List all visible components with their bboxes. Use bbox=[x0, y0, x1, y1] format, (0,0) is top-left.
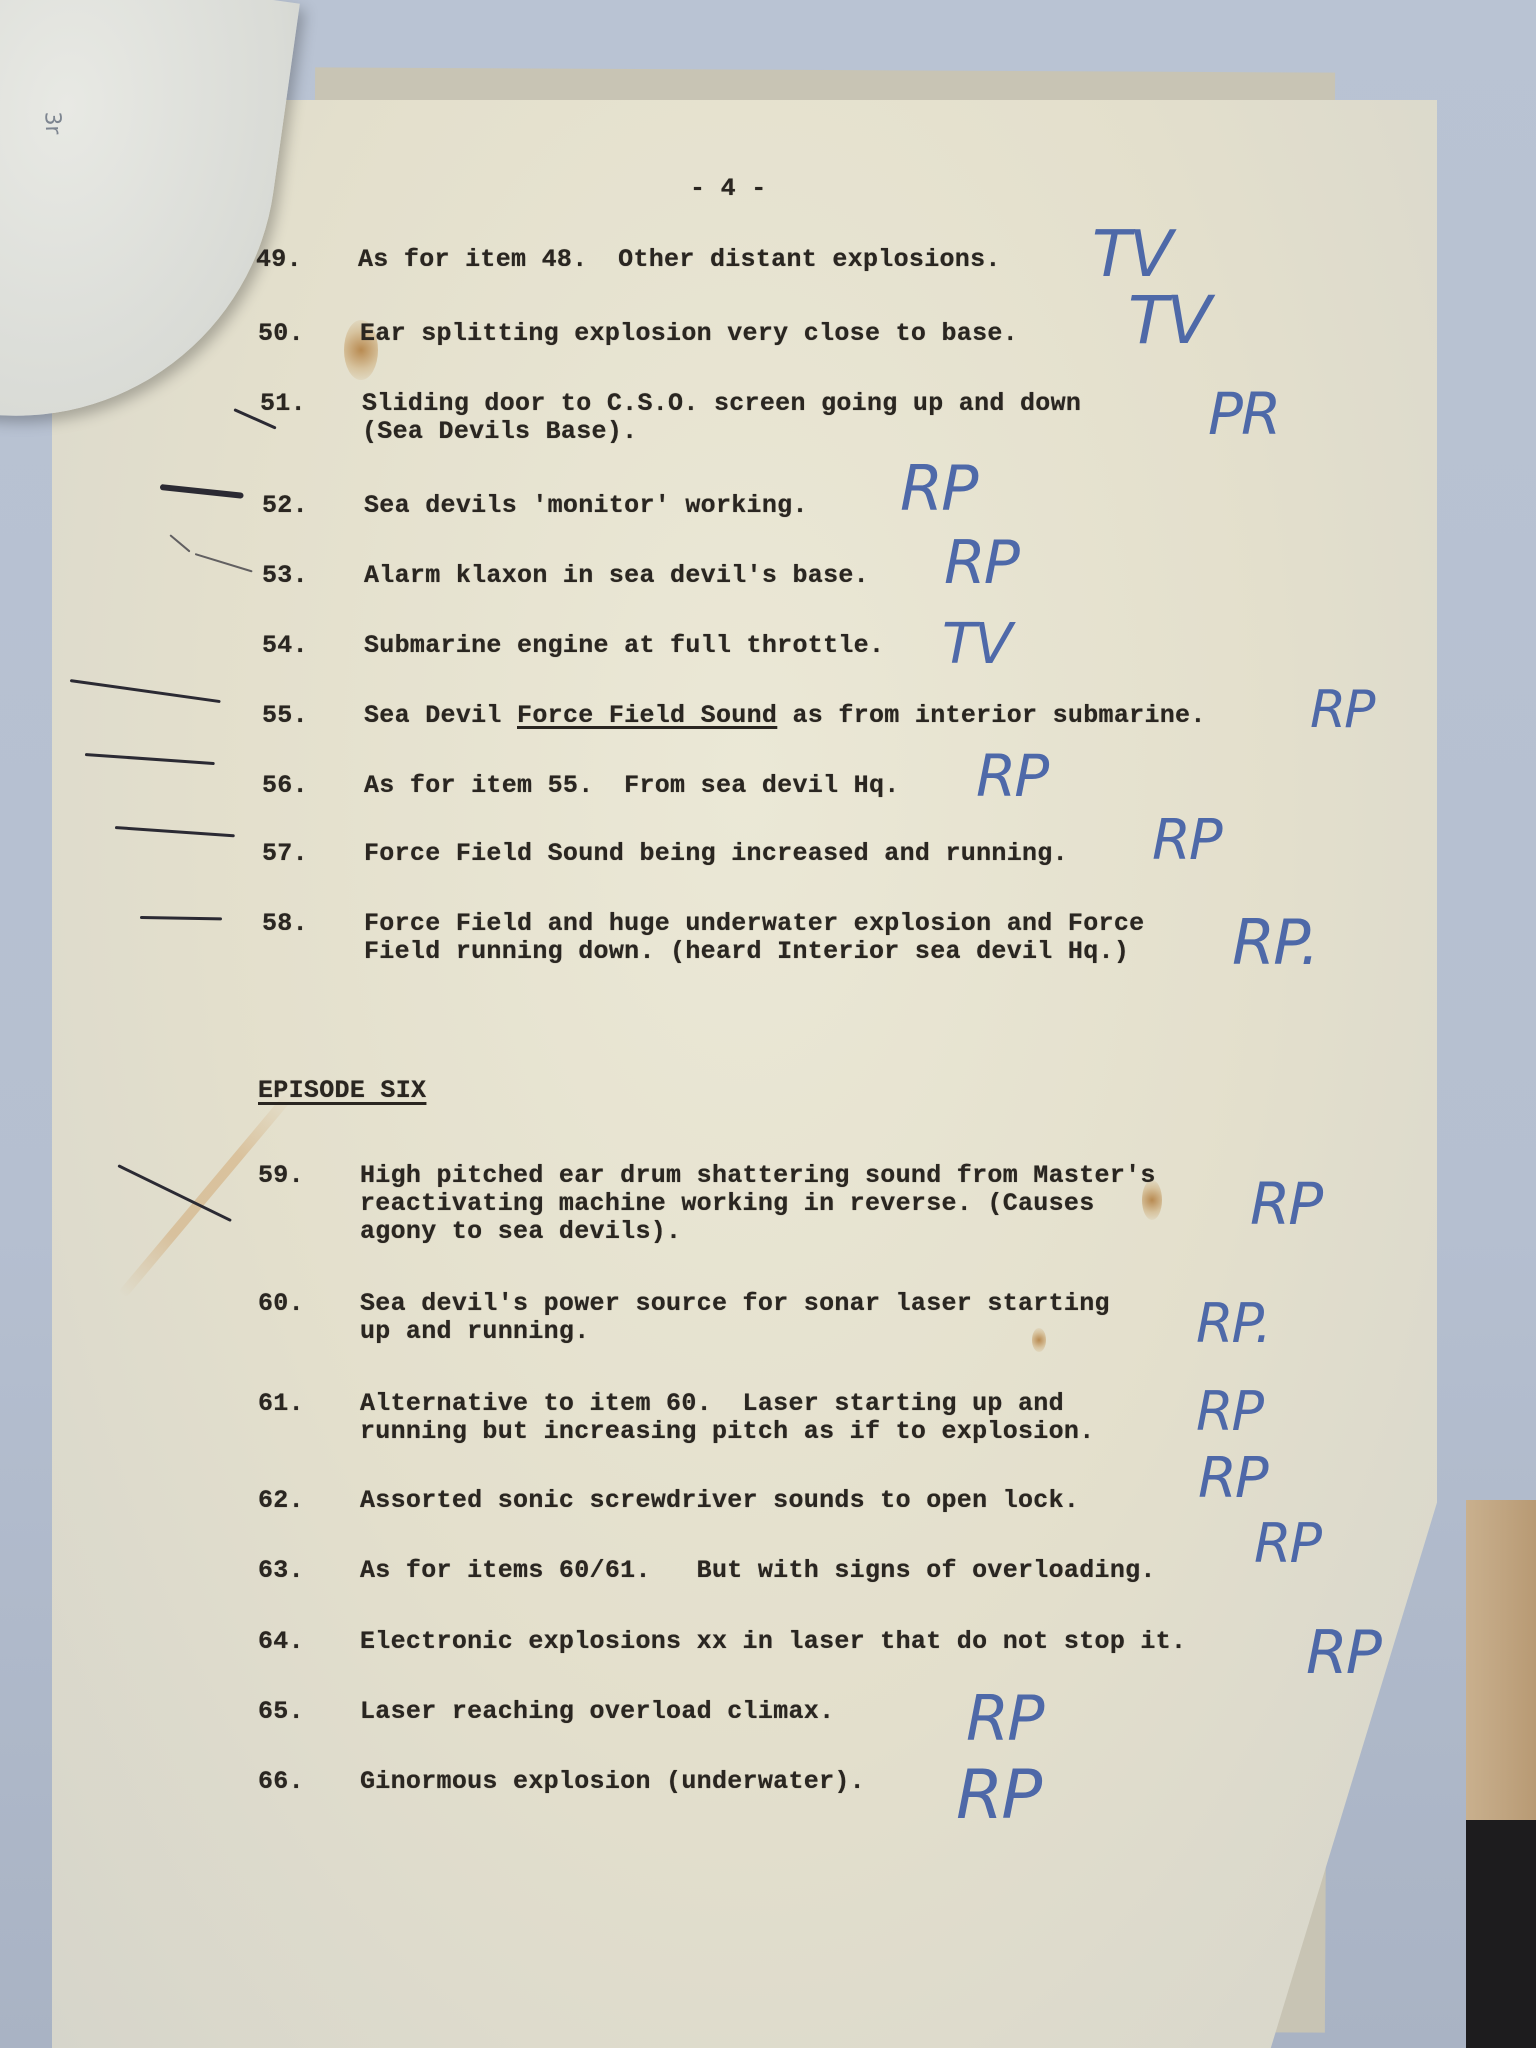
item-number: 57. bbox=[262, 840, 308, 868]
handwritten-annotation: RP bbox=[1196, 1380, 1262, 1443]
item-text: High pitched ear drum shattering sound f… bbox=[360, 1162, 1156, 1190]
item-text: Electronic explosions xx in laser that d… bbox=[360, 1628, 1186, 1656]
item-number: 53. bbox=[262, 562, 308, 590]
item-text-suffix: as from interior submarine. bbox=[777, 701, 1205, 730]
margin-tick-mark bbox=[85, 753, 215, 765]
handwritten-annotation: TV bbox=[942, 612, 1011, 677]
page-content: - 4 - 49. As for item 48. Other distant … bbox=[0, 0, 1536, 2048]
item-number: 59. bbox=[258, 1162, 304, 1190]
item-text-prefix: Sea Devil bbox=[364, 701, 517, 730]
margin-tick-mark bbox=[117, 1164, 232, 1222]
item-number: 54. bbox=[262, 632, 308, 660]
item-number: 50. bbox=[258, 320, 304, 348]
item-text: Ear splitting explosion very close to ba… bbox=[360, 320, 1018, 348]
item-text: Sea Devil Force Field Sound as from inte… bbox=[364, 702, 1206, 730]
item-number: 62. bbox=[258, 1487, 304, 1515]
item-text: Assorted sonic screwdriver sounds to ope… bbox=[360, 1487, 1079, 1515]
item-text: Alternative to item 60. Laser starting u… bbox=[360, 1390, 1064, 1418]
item-number: 49. bbox=[256, 246, 302, 274]
handwritten-annotation: TV bbox=[1128, 282, 1209, 359]
handwritten-annotation: RP bbox=[956, 1756, 1040, 1835]
handwritten-annotation: RP. bbox=[1232, 906, 1318, 979]
margin-tick-mark bbox=[115, 826, 235, 837]
handwritten-annotation: RP bbox=[900, 452, 976, 525]
item-text-line2: running but increasing pitch as if to ex… bbox=[360, 1418, 1095, 1446]
item-number: 65. bbox=[258, 1698, 304, 1726]
underlined-phrase: Force Field Sound bbox=[517, 701, 777, 730]
item-number: 55. bbox=[262, 702, 308, 730]
margin-tick-mark bbox=[140, 916, 222, 920]
item-text: Force Field Sound being increased and ru… bbox=[364, 840, 1068, 868]
margin-tick-mark bbox=[195, 553, 253, 572]
item-number: 56. bbox=[262, 772, 308, 800]
item-text: Sea devils 'monitor' working. bbox=[364, 492, 808, 520]
item-text-line3: agony to sea devils). bbox=[360, 1218, 681, 1246]
item-number: 60. bbox=[258, 1290, 304, 1318]
handwritten-annotation: PR bbox=[1208, 380, 1279, 448]
list-item: 66. Ginormous explosion (underwater). bbox=[258, 1768, 319, 1880]
margin-arrow-mark bbox=[70, 679, 221, 703]
handwritten-annotation: RP bbox=[1306, 1618, 1380, 1688]
item-text-line2: reactivating machine working in reverse.… bbox=[360, 1190, 1095, 1218]
handwritten-annotation: RP bbox=[976, 742, 1047, 810]
item-text: As for item 55. From sea devil Hq. bbox=[364, 772, 900, 800]
margin-tick-mark bbox=[169, 534, 190, 552]
item-text: As for items 60/61. But with signs of ov… bbox=[360, 1557, 1156, 1585]
section-heading: EPISODE SIX bbox=[258, 1077, 426, 1105]
handwritten-annotation: RP bbox=[1254, 1512, 1320, 1575]
handwritten-annotation: RP bbox=[1152, 808, 1221, 873]
item-text-line2: (Sea Devils Base). bbox=[362, 418, 637, 446]
handwritten-annotation: RP bbox=[1250, 1170, 1321, 1238]
page-number: - 4 - bbox=[690, 175, 767, 203]
list-item: 58. Force Field and huge underwater expl… bbox=[262, 910, 323, 1050]
item-text-line2: Field running down. (heard Interior sea … bbox=[364, 938, 1129, 966]
margin-tick-mark bbox=[160, 484, 244, 499]
handwritten-annotation: RP bbox=[966, 1682, 1042, 1755]
item-number: 64. bbox=[258, 1628, 304, 1656]
item-number: 58. bbox=[262, 910, 308, 938]
handwritten-annotation: RP. bbox=[1196, 1292, 1270, 1355]
item-text: Force Field and huge underwater explosio… bbox=[364, 910, 1144, 938]
item-number: 66. bbox=[258, 1768, 304, 1796]
item-text: As for item 48. Other distant explosions… bbox=[358, 246, 1001, 274]
item-number: 61. bbox=[258, 1390, 304, 1418]
item-text: Sliding door to C.S.O. screen going up a… bbox=[362, 390, 1081, 418]
handwritten-annotation: TV bbox=[1092, 218, 1171, 292]
item-text: Ginormous explosion (underwater). bbox=[360, 1768, 865, 1796]
item-text: Laser reaching overload climax. bbox=[360, 1698, 834, 1726]
item-text-line2: up and running. bbox=[360, 1318, 590, 1346]
handwritten-annotation: RP bbox=[1310, 680, 1374, 740]
item-number: 63. bbox=[258, 1557, 304, 1585]
item-text: Sea devil's power source for sonar laser… bbox=[360, 1290, 1110, 1318]
handwritten-annotation: RP bbox=[944, 528, 1018, 598]
item-number: 52. bbox=[262, 492, 308, 520]
item-text: Alarm klaxon in sea devil's base. bbox=[364, 562, 869, 590]
item-text: Submarine engine at full throttle. bbox=[364, 632, 884, 660]
item-number: 51. bbox=[260, 390, 306, 418]
handwritten-annotation: RP bbox=[1198, 1446, 1267, 1511]
